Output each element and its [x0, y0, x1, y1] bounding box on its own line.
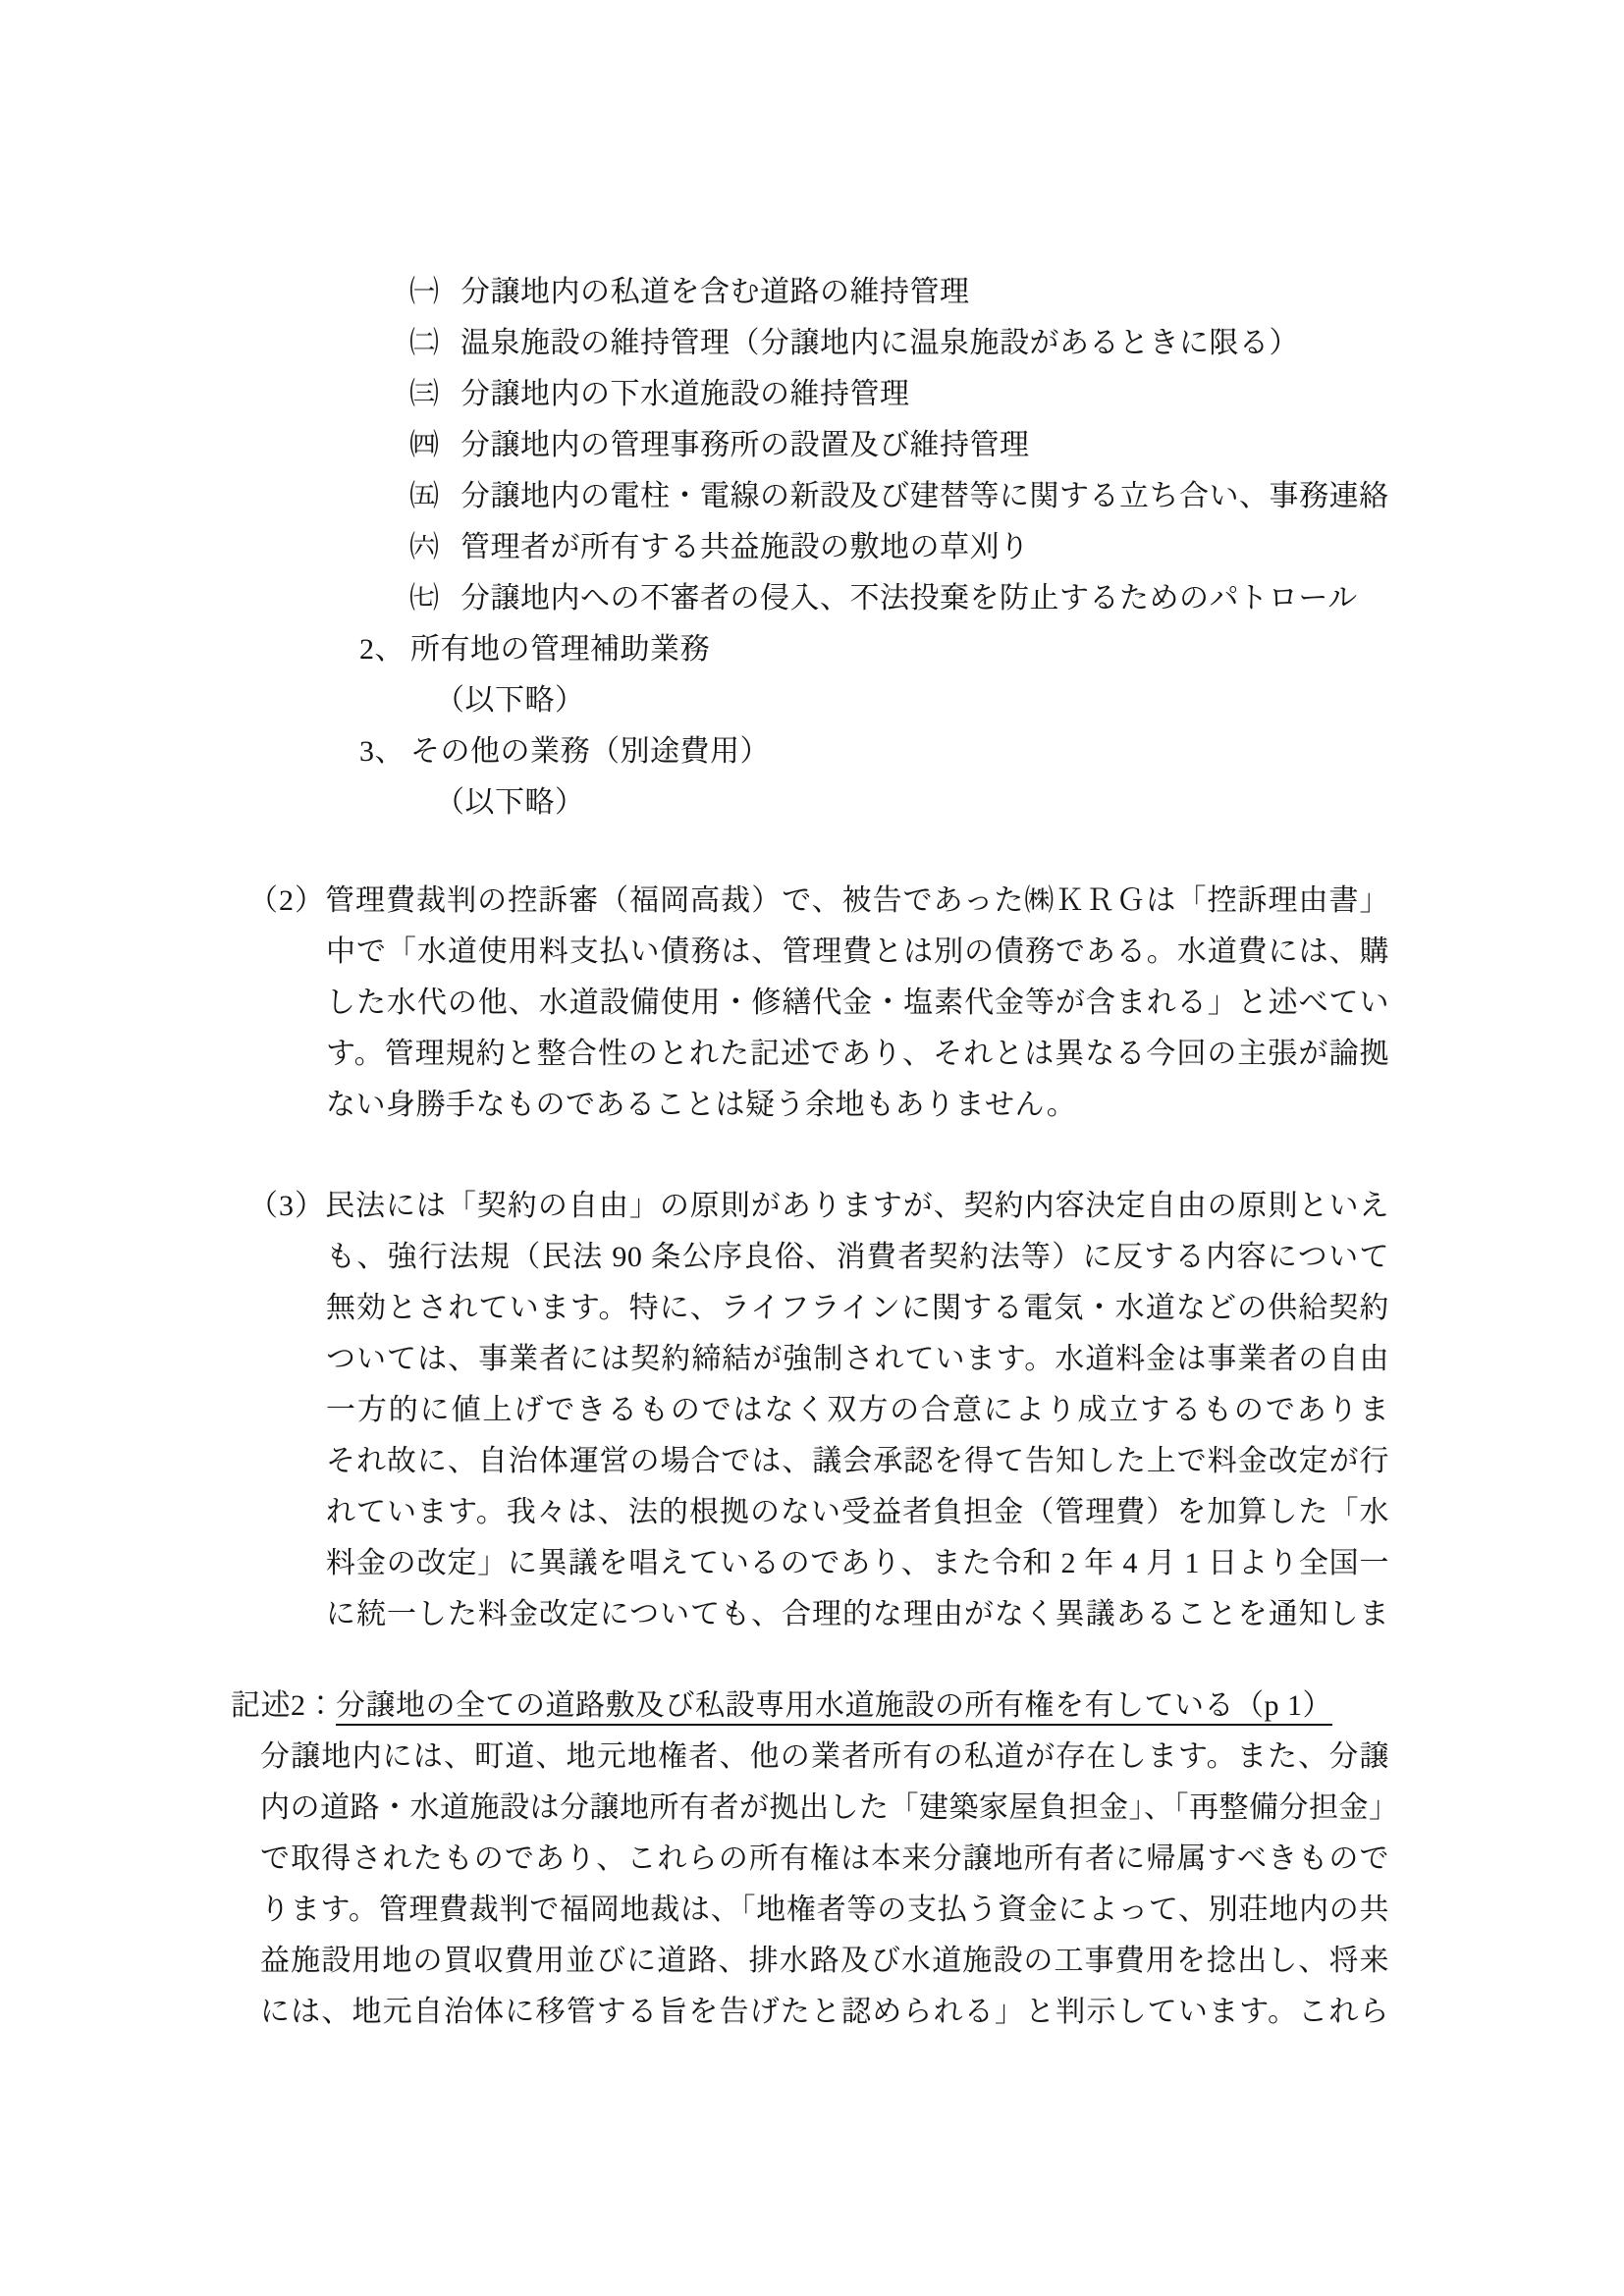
sub-list-item-number: 2、 [359, 633, 405, 666]
list-item-text: 温泉施設の維持管理（分譲地内に温泉施設があるときに限る） [460, 327, 1299, 359]
list-item-number: ㈠ [409, 276, 439, 308]
paragraph-label: （2） [248, 884, 325, 917]
list-item: ㈣分譲地内の管理事務所の設置及び維持管理 [409, 420, 1389, 471]
paragraph-text: 民法には「契約の自由」の原則がありますが、契約内容決定自由の原則といえど [248, 1190, 1389, 1232]
sub-list-item: 3、その他の業務（別途費用） [359, 726, 1389, 777]
section-body-line: 益施設用地の買収費用並びに道路、排水路及び水道施設の工事費用を捻出し、将来的 [260, 1936, 1389, 1987]
section-heading-prefix: 記述2： [231, 1689, 336, 1722]
paragraph-label: （3） [248, 1190, 325, 1222]
section-body-line: で取得されたものであり、これらの所有権は本来分譲地所有者に帰属すべきものであ [260, 1834, 1389, 1885]
paragraph-2: （2）管理費裁判の控訴審（福岡高裁）で、被告であった㈱ＫＲＧは「控訴理由書」の … [248, 876, 1389, 1131]
list-item: ㈤分譲地内の電柱・電線の新設及び建替等に関する立ち合い、事務連絡 [409, 471, 1389, 522]
omission-note: （以下略） [435, 675, 1389, 726]
paragraph-3: （3）民法には「契約の自由」の原則がありますが、契約内容決定自由の原則といえど … [248, 1181, 1389, 1640]
paragraph-line: それ故に、自治体運営の場合では、議会承認を得て告知した上で料金改定が行わ [326, 1436, 1389, 1487]
list-item-text: 分譲地内の管理事務所の設置及び維持管理 [460, 429, 1030, 461]
list-item: ㈥管理者が所有する共益施設の敷地の草刈り [409, 522, 1389, 573]
list-item-number: ㈤ [409, 480, 439, 512]
section-body-line: 分譲地内には、町道、地元地権者、他の業者所有の私道が存在します。また、分譲地 [260, 1732, 1389, 1783]
list-item-number: ㈥ [409, 531, 439, 563]
list-item: ㈡温泉施設の維持管理（分譲地内に温泉施設があるときに限る） [409, 318, 1389, 369]
sub-list-item: 2、所有地の管理補助業務 [359, 624, 1389, 675]
paragraph-line: （3）民法には「契約の自由」の原則がありますが、契約内容決定自由の原則といえど [248, 1181, 1389, 1232]
list-item: ㈠分譲地内の私道を含む道路の維持管理 [409, 267, 1389, 318]
list-item-text: 分譲地内の下水道施設の維持管理 [460, 378, 910, 410]
document-page: ㈠分譲地内の私道を含む道路の維持管理 ㈡温泉施設の維持管理（分譲地内に温泉施設が… [0, 0, 1624, 2296]
sub-list-item-text: その他の業務（別途費用） [410, 735, 770, 768]
section-body-line: 内の道路・水道施設は分譲地所有者が拠出した「建築家屋負担金」、「再整備分担金」 [260, 1783, 1389, 1834]
paragraph-line: れています。我々は、法的根拠のない受益者負担金（管理費）を加算した「水道 [326, 1487, 1389, 1538]
paragraph-line: 一方的に値上げできるものではなく双方の合意により成立するものであります。 [326, 1385, 1389, 1436]
sub-list-item-number: 3、 [359, 735, 405, 768]
paragraph-line: も、強行法規（民法 90 条公序良俗、消費者契約法等）に反する内容については [326, 1232, 1389, 1283]
list-item-text: 管理者が所有する共益施設の敷地の草刈り [460, 531, 1030, 563]
paragraph-line: （2）管理費裁判の控訴審（福岡高裁）で、被告であった㈱ＫＲＧは「控訴理由書」の [248, 876, 1389, 927]
paragraph-line: 無効とされています。特に、ライフラインに関する電気・水道などの供給契約に [326, 1283, 1389, 1334]
paragraph-line: に統一した料金改定についても、合理的な理由がなく異議あることを通知します。 [326, 1589, 1389, 1640]
list-item: ㈦分譲地内への不審者の侵入、不法投棄を防止するためのパトロール [409, 573, 1389, 624]
section-body: 分譲地内には、町道、地元地権者、他の業者所有の私道が存在します。また、分譲地 内… [260, 1732, 1389, 2038]
list-item: ㈢分譲地内の下水道施設の維持管理 [409, 369, 1389, 420]
paragraph-line: 中で「水道使用料支払い債務は、管理費とは別の債務である。水道費には、購入 [326, 927, 1389, 978]
list-item-text: 分譲地内への不審者の侵入、不法投棄を防止するためのパトロール [460, 582, 1358, 614]
section-heading-title: 分譲地の全ての道路敷及び私設専用水道施設の所有権を有している（p 1） [336, 1689, 1332, 1722]
list-item-text: 分譲地内の私道を含む道路の維持管理 [460, 276, 970, 308]
list-item-number: ㈦ [409, 582, 439, 614]
paragraph-line: した水代の他、水道設備使用・修繕代金・塩素代金等が含まれる」と述べていま [326, 978, 1389, 1029]
document-text-block: ㈠分譲地内の私道を含む道路の維持管理 ㈡温泉施設の維持管理（分譲地内に温泉施設が… [231, 267, 1389, 2038]
paragraph-line: ない身勝手なものであることは疑う余地もありません。 [326, 1080, 1389, 1131]
paragraph-line: ついては、事業者には契約締結が強制されています。水道料金は事業者の自由に [326, 1334, 1389, 1385]
list-item-number: ㈡ [409, 327, 439, 359]
section-heading: 記述2：分譲地の全ての道路敷及び私設専用水道施設の所有権を有している（p 1） [231, 1681, 1389, 1732]
paragraph-line: す。管理規約と整合性のとれた記述であり、それとは異なる今回の主張が論拠の [326, 1029, 1389, 1080]
list-item-text: 分譲地内の電柱・電線の新設及び建替等に関する立ち合い、事務連絡 [460, 480, 1389, 512]
paragraph-text: 管理費裁判の控訴審（福岡高裁）で、被告であった㈱ＫＲＧは「控訴理由書」の [248, 884, 1389, 927]
paragraph-line: 料金の改定」に異議を唱えているのであり、また令和 2 年 4 月 1 日より全国… [326, 1538, 1389, 1589]
section-body-line: ります。管理費裁判で福岡地裁は、「地権者等の支払う資金によって、別荘地内の共 [260, 1885, 1389, 1936]
sub-list-item-text: 所有地の管理補助業務 [410, 633, 710, 666]
omission-note: （以下略） [435, 777, 1389, 828]
list-item-number: ㈣ [409, 429, 439, 461]
section-body-line: には、地元自治体に移管する旨を告げたと認められる」と判示しています。これらの [260, 1987, 1389, 2038]
list-item-number: ㈢ [409, 378, 439, 410]
